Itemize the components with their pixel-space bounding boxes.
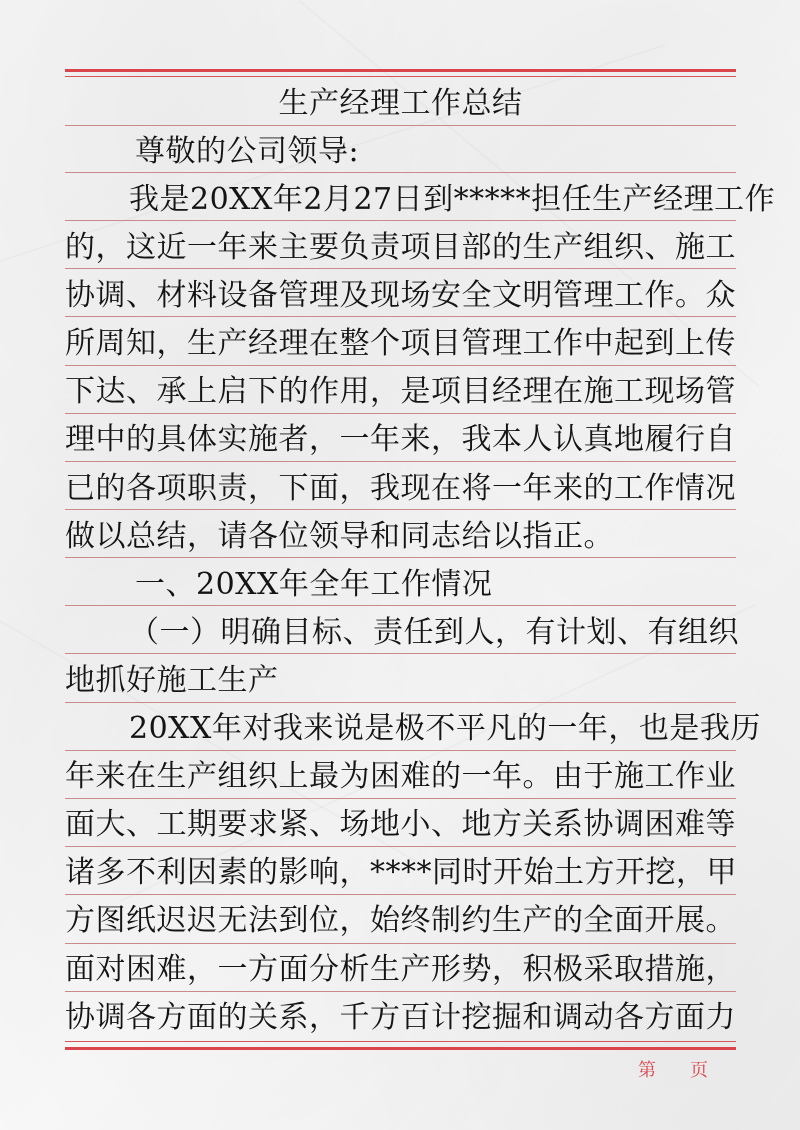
- body-line: 年来在生产组织上最为困难的一年。由于施工作业: [65, 755, 736, 799]
- body-line: 诸多不利因素的影响，****同时开始土方开挖，甲: [65, 851, 736, 895]
- body-line: 理中的具体实施者，一年来，我本人认真地履行自: [65, 418, 736, 462]
- page-suffix: 页: [690, 1056, 708, 1082]
- row-line: [65, 125, 736, 126]
- section-heading: 一、20XX年全年工作情况: [65, 563, 736, 607]
- row-line: [65, 461, 736, 462]
- row-line: [65, 413, 736, 414]
- page-prefix: 第: [638, 1056, 656, 1082]
- top-rule-thick: [65, 69, 736, 72]
- row-line: [65, 557, 736, 558]
- body-line: 20XX年对我来说是极不平凡的一年，也是我历: [65, 707, 736, 751]
- row-line: [65, 316, 736, 317]
- row-line: [65, 846, 736, 847]
- row-line: [65, 268, 736, 269]
- page-number-footer: 第页: [638, 1056, 708, 1082]
- row-line: [65, 509, 736, 510]
- row-line: [65, 653, 736, 654]
- row-line: [65, 798, 736, 799]
- document-title: 生产经理工作总结: [65, 82, 736, 126]
- row-line: [65, 750, 736, 751]
- body-line: 所周知，生产经理在整个项目管理工作中起到上传: [65, 322, 736, 366]
- body-line: 已的各项职责，下面，我现在将一年来的工作情况: [65, 467, 736, 511]
- row-line: [65, 894, 736, 895]
- body-line: 做以总结，请各位领导和同志给以指正。: [65, 515, 736, 559]
- subsection-heading-cont: 地抓好施工生产: [65, 659, 736, 703]
- body-line: 协调、材料设备管理及现场安全文明管理工作。众: [65, 274, 736, 318]
- row-line: [65, 172, 736, 173]
- row-line: [65, 605, 736, 606]
- body-line: 下达、承上启下的作用，是项目经理在施工现场管: [65, 370, 736, 414]
- body-line: 方图纸迟迟无法到位，始终制约生产的全面开展。: [65, 899, 736, 943]
- body-line: 协调各方面的关系，千方百计挖掘和调动各方面力: [65, 996, 736, 1040]
- row-line: [65, 943, 736, 944]
- body-line: 我是20XX年2月27日到*****担任生产经理工作: [65, 178, 736, 222]
- body-line: 面对困难，一方面分析生产形势，积极采取措施，: [65, 948, 736, 992]
- top-rule-thin: [65, 76, 736, 77]
- row-line: [65, 220, 736, 221]
- salutation: 尊敬的公司领导:: [65, 130, 736, 174]
- bottom-rule-thick: [65, 1047, 736, 1050]
- row-line: [65, 702, 736, 703]
- row-line: [65, 991, 736, 992]
- bottom-rule-thin: [65, 1041, 736, 1042]
- ruled-sheet: 生产经理工作总结 尊敬的公司领导: 我是20XX年2月27日到*****担任生产…: [65, 0, 736, 1130]
- row-line: [65, 365, 736, 366]
- body-line: 的，这近一年来主要负责项目部的生产组织、施工: [65, 226, 736, 270]
- body-line: 面大、工期要求紧、场地小、地方关系协调困难等: [65, 803, 736, 847]
- subsection-heading: （一）明确目标、责任到人，有计划、有组织: [65, 611, 736, 655]
